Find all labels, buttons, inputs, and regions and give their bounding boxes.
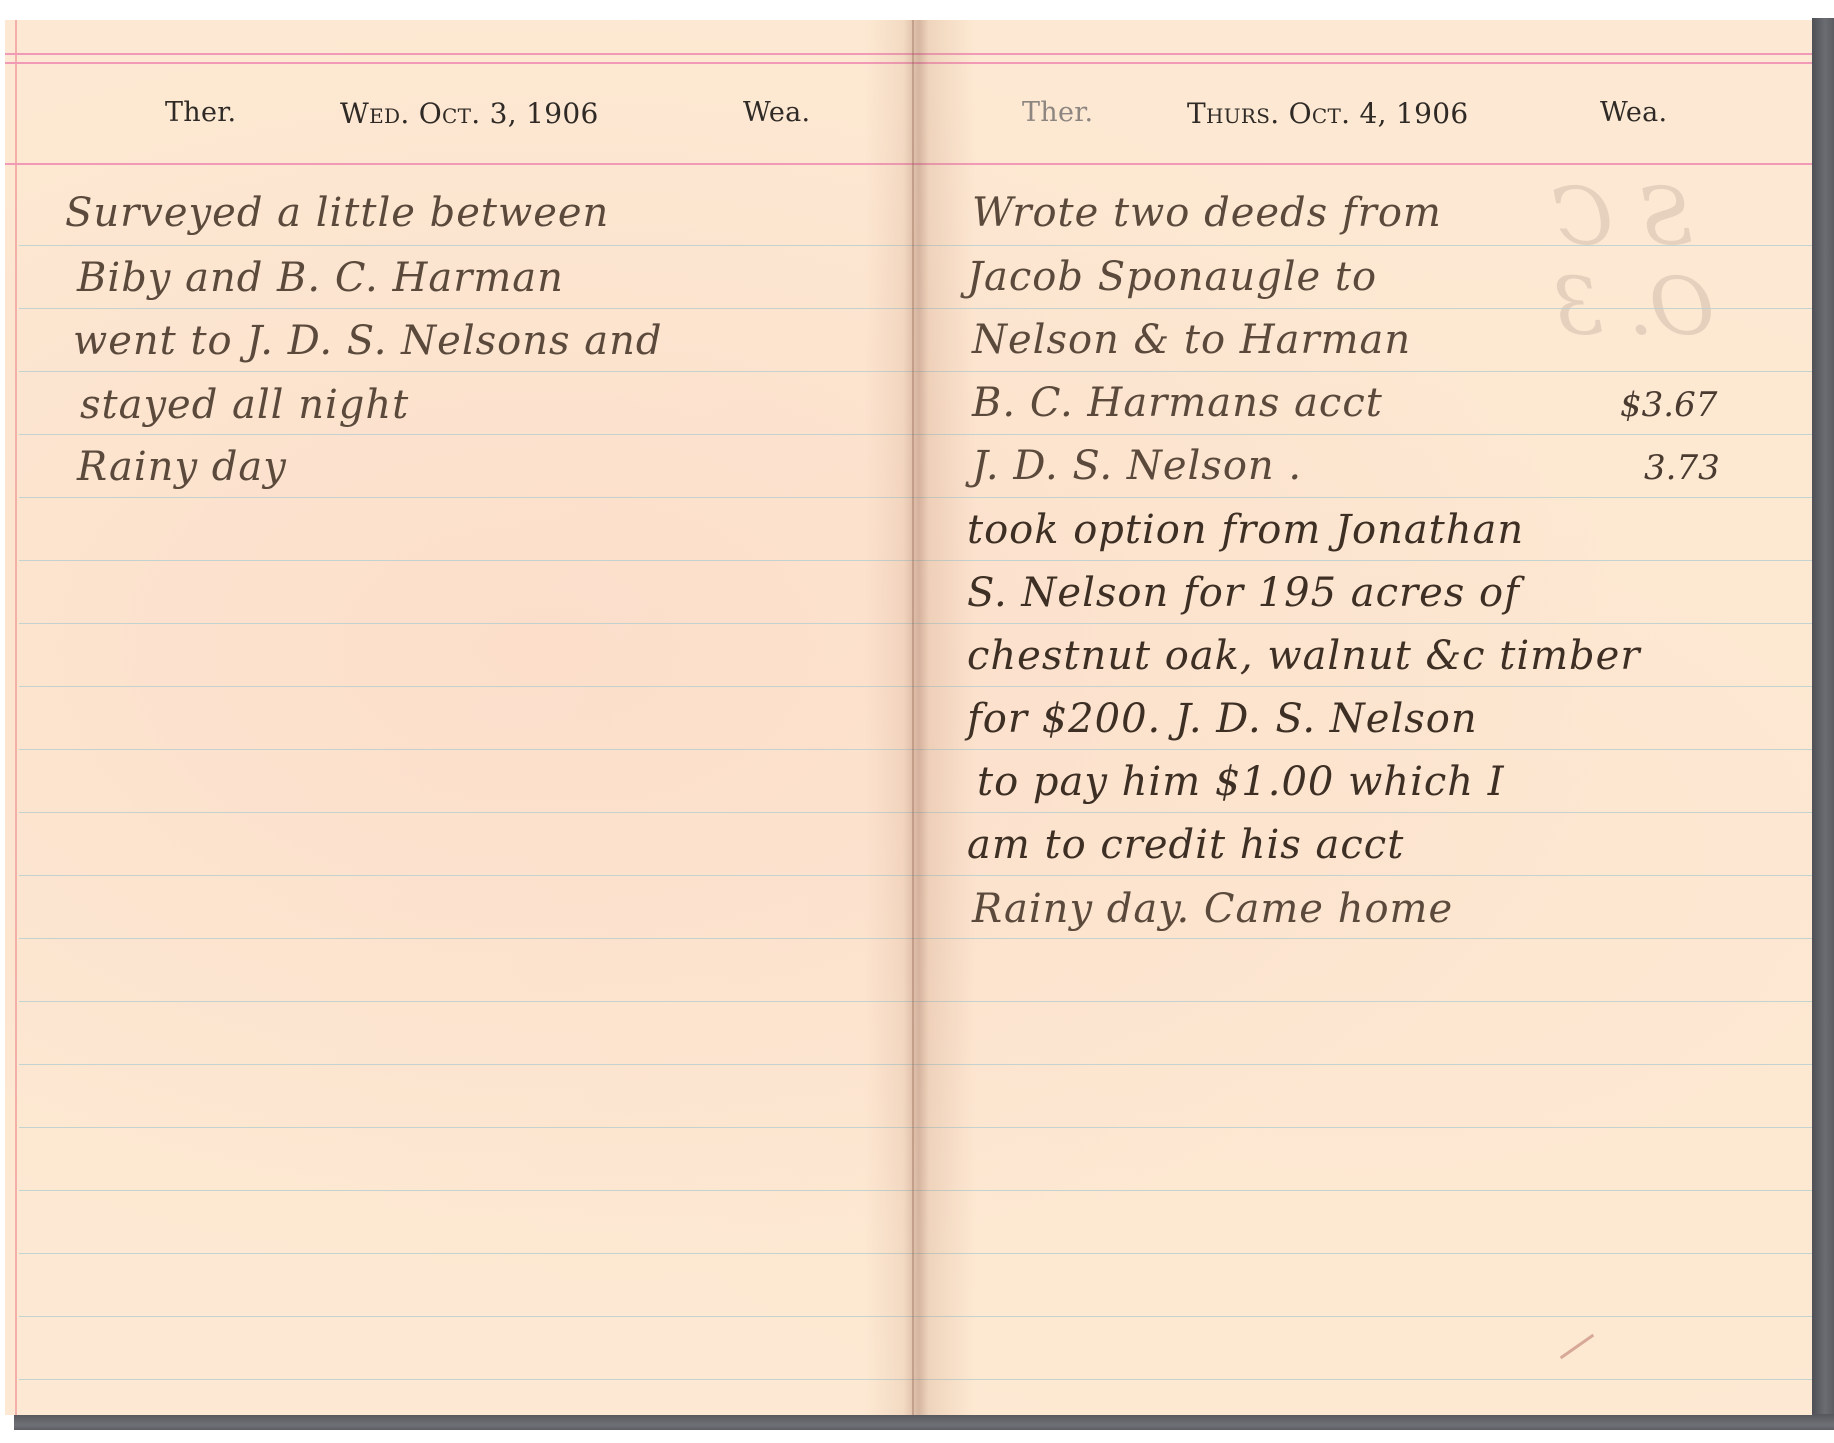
entry-line: chestnut oak, walnut &c timber [967,633,1640,679]
entry-line: B. C. Harmans acct [972,380,1383,426]
entry-line: J. D. S. Nelson . [972,443,1302,489]
ther-label: Ther. [165,97,236,128]
entry-line: Jacob Sponaugle to [967,254,1377,300]
wea-label: Wea. [743,97,810,128]
left-page: Ther. Wed. Oct. 3, 1906 Wea. Surveyed a … [5,20,912,1415]
header-top-rule-1 [912,53,1812,55]
entry-line: Wrote two deeds from [972,190,1442,236]
header-bottom-rule [5,163,912,165]
page-date: Thurs. Oct. 4, 1906 [1187,97,1469,130]
header-top-rule-2 [912,62,1812,64]
header-top-rule-2 [5,62,912,64]
header-bottom-rule [912,163,1812,165]
diary-book: Ther. Wed. Oct. 3, 1906 Wea. Surveyed a … [0,0,1834,1443]
wea-label: Wea. [1600,97,1667,128]
entry-line: stayed all night [80,382,409,428]
entry-line: am to credit his acct [967,822,1404,868]
ther-label: Ther. [1022,97,1093,128]
open-diary-spread: Ther. Wed. Oct. 3, 1906 Wea. Surveyed a … [5,20,1812,1415]
entry-line: Biby and B. C. Harman [77,255,564,301]
right-page: Ther. Thurs. Oct. 4, 1906 Wea. S C O. 3 [912,20,1812,1415]
entry-line: Rainy day [77,444,287,490]
entry-line: Rainy day. Came home [972,886,1453,932]
book-cover-edge-right [1812,18,1834,1430]
entry-line: for $200. J. D. S. Nelson [967,696,1478,742]
left-margin-line [15,20,17,1415]
entry-line: went to J. D. S. Nelsons and [73,318,662,364]
book-fold [912,20,914,1415]
harman-acct-amount: $3.67 [1620,385,1717,425]
entry-line: Nelson & to Harman [972,317,1411,363]
entry-line: took option from Jonathan [967,507,1524,553]
book-cover-edge-bottom [14,1414,1834,1430]
page-date: Wed. Oct. 3, 1906 [340,97,599,130]
nelson-acct-amount: 3.73 [1644,448,1720,488]
entry-line: S. Nelson for 195 acres of [967,570,1520,616]
entry-line: to pay him $1.00 which I [977,759,1505,805]
header-top-rule-1 [5,53,912,55]
entry-line: Surveyed a little between [65,190,609,236]
